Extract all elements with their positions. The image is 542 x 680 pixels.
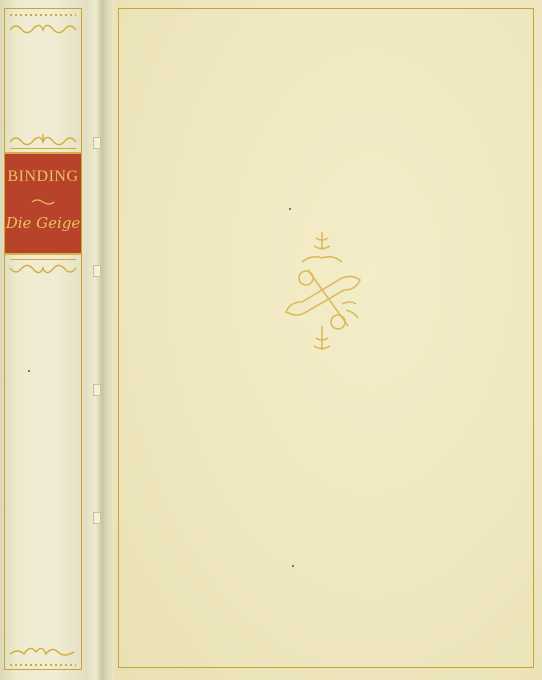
spine-title-label: BINDING Die Geige <box>5 152 81 255</box>
book-photo: BINDING Die Geige <box>0 0 542 680</box>
violin-emblem-icon <box>272 226 372 356</box>
binding-tab <box>93 384 101 396</box>
spine-label-top-rule <box>10 148 76 149</box>
spine-lower-label-ornament-icon <box>6 260 80 278</box>
spine-title: Die Geige <box>5 214 81 232</box>
spine-speck <box>28 370 30 372</box>
cover-speck <box>292 565 294 567</box>
spine-top-scroll-ornament-icon <box>6 20 80 38</box>
spine-author: BINDING <box>5 168 81 186</box>
label-divider-ornament-icon <box>31 198 55 206</box>
spine-top-dotted-rule <box>10 14 76 16</box>
spine-gilt-border <box>4 8 82 670</box>
binding-tab <box>93 265 101 277</box>
spine-bottom-leaf-ornament-icon <box>6 644 80 660</box>
binding-tab <box>93 512 101 524</box>
spine-hinge <box>88 0 114 680</box>
cover-speck <box>289 208 291 210</box>
binding-tab <box>93 137 101 149</box>
spine-bottom-dotted-rule <box>10 664 76 666</box>
